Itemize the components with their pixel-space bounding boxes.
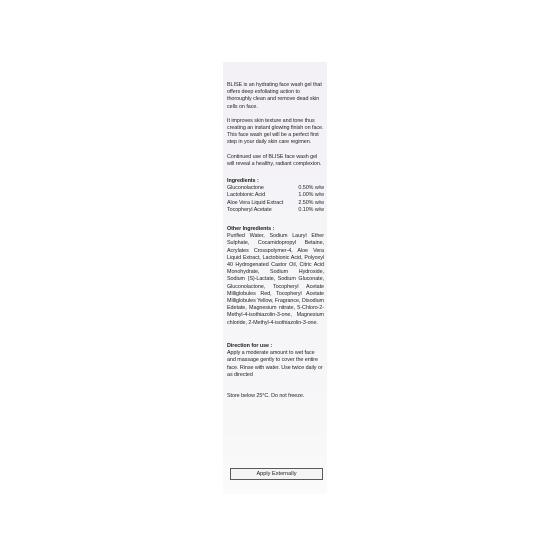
ingredient-row: Aloe Vera Liquid Extract 2.50% w/w bbox=[227, 200, 324, 207]
description-paragraph-2: It improves skin texture and tone thus c… bbox=[227, 118, 324, 147]
ingredient-name: Lactobionic Acid bbox=[227, 192, 265, 199]
label-content: BLISE is an hydrating face wash gel that… bbox=[227, 82, 324, 407]
ingredients-section: Ingredients : Gluconolactone 0.50% w/w L… bbox=[227, 178, 324, 214]
description-paragraph-3: Continued use of BLISE face wash gel wil… bbox=[227, 154, 324, 168]
directions-heading: Direction for use : bbox=[227, 343, 324, 350]
ingredients-heading: Ingredients : bbox=[227, 178, 324, 185]
directions-text: Apply a moderate amount to wet face and … bbox=[227, 350, 324, 379]
ingredient-name: Aloe Vera Liquid Extract bbox=[227, 200, 283, 207]
ingredient-amount: 2.50% w/w bbox=[298, 200, 324, 207]
ingredient-row: Gluconolactone 0.50% w/w bbox=[227, 185, 324, 192]
other-ingredients-section: Other Ingredients : Purified Water, Sodi… bbox=[227, 226, 324, 327]
ingredients-table: Gluconolactone 0.50% w/w Lactobionic Aci… bbox=[227, 185, 324, 214]
ingredient-row: Lactobionic Acid 1.00% w/w bbox=[227, 192, 324, 199]
ingredient-name: Gluconolactone bbox=[227, 185, 264, 192]
ingredient-name: Tocopheryl Acetate bbox=[227, 207, 272, 214]
ingredient-amount: 0.50% w/w bbox=[298, 185, 324, 192]
description-paragraph-1: BLISE is an hydrating face wash gel that… bbox=[227, 82, 324, 111]
directions-section: Direction for use : Apply a moderate amo… bbox=[227, 343, 324, 379]
ingredient-amount: 0.10% w/w bbox=[298, 207, 324, 214]
ingredient-amount: 1.00% w/w bbox=[298, 192, 324, 199]
other-ingredients-text: Purified Water, Sodium Lauryl Ether Sulp… bbox=[227, 233, 324, 327]
other-ingredients-heading: Other Ingredients : bbox=[227, 226, 324, 233]
apply-externally-box: Apply Externally bbox=[230, 468, 323, 480]
ingredient-row: Tocopheryl Acetate 0.10% w/w bbox=[227, 207, 324, 214]
storage-text: Store below 25°C. Do not freeze. bbox=[227, 393, 324, 400]
